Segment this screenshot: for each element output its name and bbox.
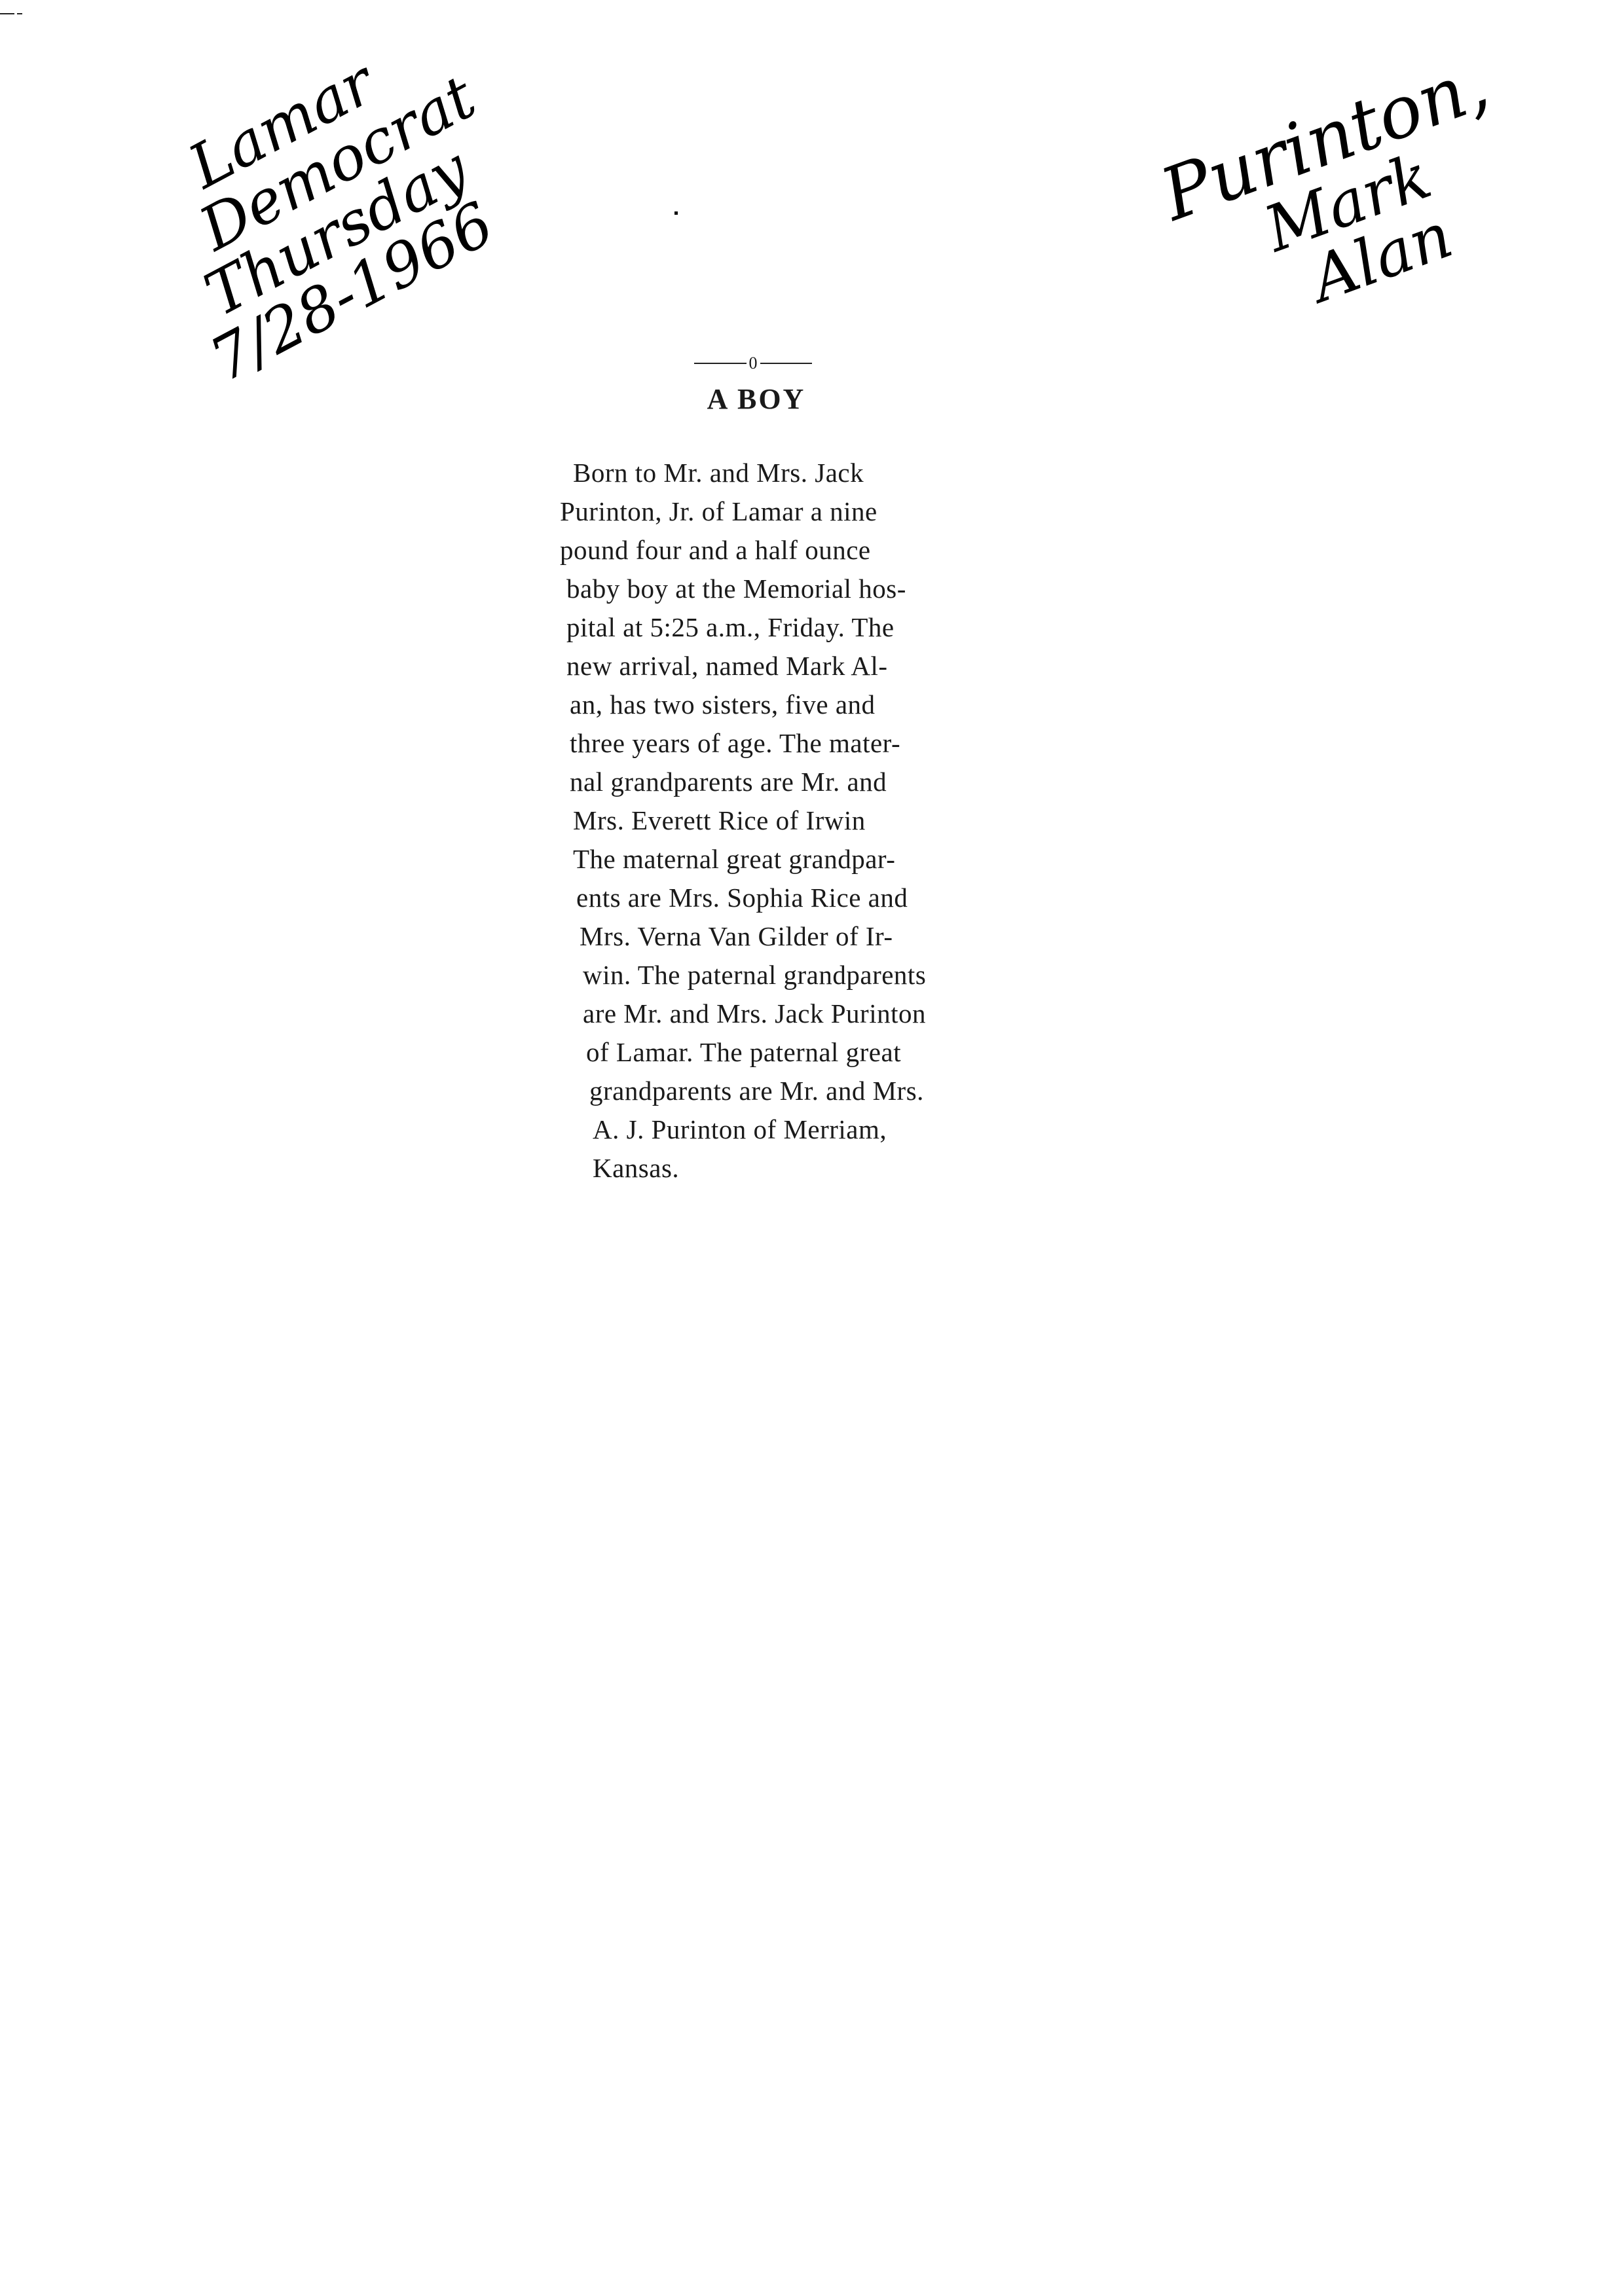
article-line: grandparents are Mr. and Mrs. <box>560 1072 1044 1110</box>
handwritten-name-note: Purinton, Mark Alan <box>1153 47 1540 350</box>
article-line: are Mr. and Mrs. Jack Purinton <box>560 994 1044 1033</box>
article-body: Born to Mr. and Mrs. JackPurinton, Jr. o… <box>560 454 1044 1188</box>
rule-line <box>760 363 813 364</box>
article-line: Mrs. Verna Van Gilder of Ir- <box>560 917 1044 956</box>
scan-corner-mark <box>0 13 14 14</box>
article-line: three years of age. The mater- <box>560 724 1044 763</box>
rule-line <box>694 363 747 364</box>
newspaper-clipping: 0 A BOY Born to Mr. and Mrs. JackPurinto… <box>560 354 1044 1188</box>
article-line: win. The paternal grandparents <box>560 956 1044 994</box>
article-line: an, has two sisters, five and <box>560 685 1044 724</box>
article-line: new arrival, named Mark Al- <box>560 647 1044 685</box>
headline: A BOY <box>560 382 953 416</box>
separator-rule: 0 <box>694 354 812 373</box>
article-line: pound four and a half ounce <box>560 531 1044 570</box>
article-line: ents are Mrs. Sophia Rice and <box>560 879 1044 917</box>
rule-ornament: 0 <box>747 355 760 372</box>
article-line: baby boy at the Memorial hos- <box>560 570 1044 608</box>
article-line: Born to Mr. and Mrs. Jack <box>560 454 1044 492</box>
article-line: Mrs. Everett Rice of Irwin <box>560 801 1044 840</box>
article-line: The maternal great grandpar- <box>560 840 1044 879</box>
article-line: Purinton, Jr. of Lamar a nine <box>560 492 1044 531</box>
scan-speck <box>674 211 678 215</box>
article-line: A. J. Purinton of Merriam, <box>560 1110 1044 1149</box>
scan-corner-mark <box>17 13 22 14</box>
article-line: Kansas. <box>560 1149 1044 1188</box>
handwritten-source-note: Lamar Democrat Thursday 7/28-1966 <box>157 13 541 370</box>
article-line: nal grandparents are Mr. and <box>560 763 1044 801</box>
article-line: of Lamar. The paternal great <box>560 1033 1044 1072</box>
article-line: pital at 5:25 a.m., Friday. The <box>560 608 1044 647</box>
